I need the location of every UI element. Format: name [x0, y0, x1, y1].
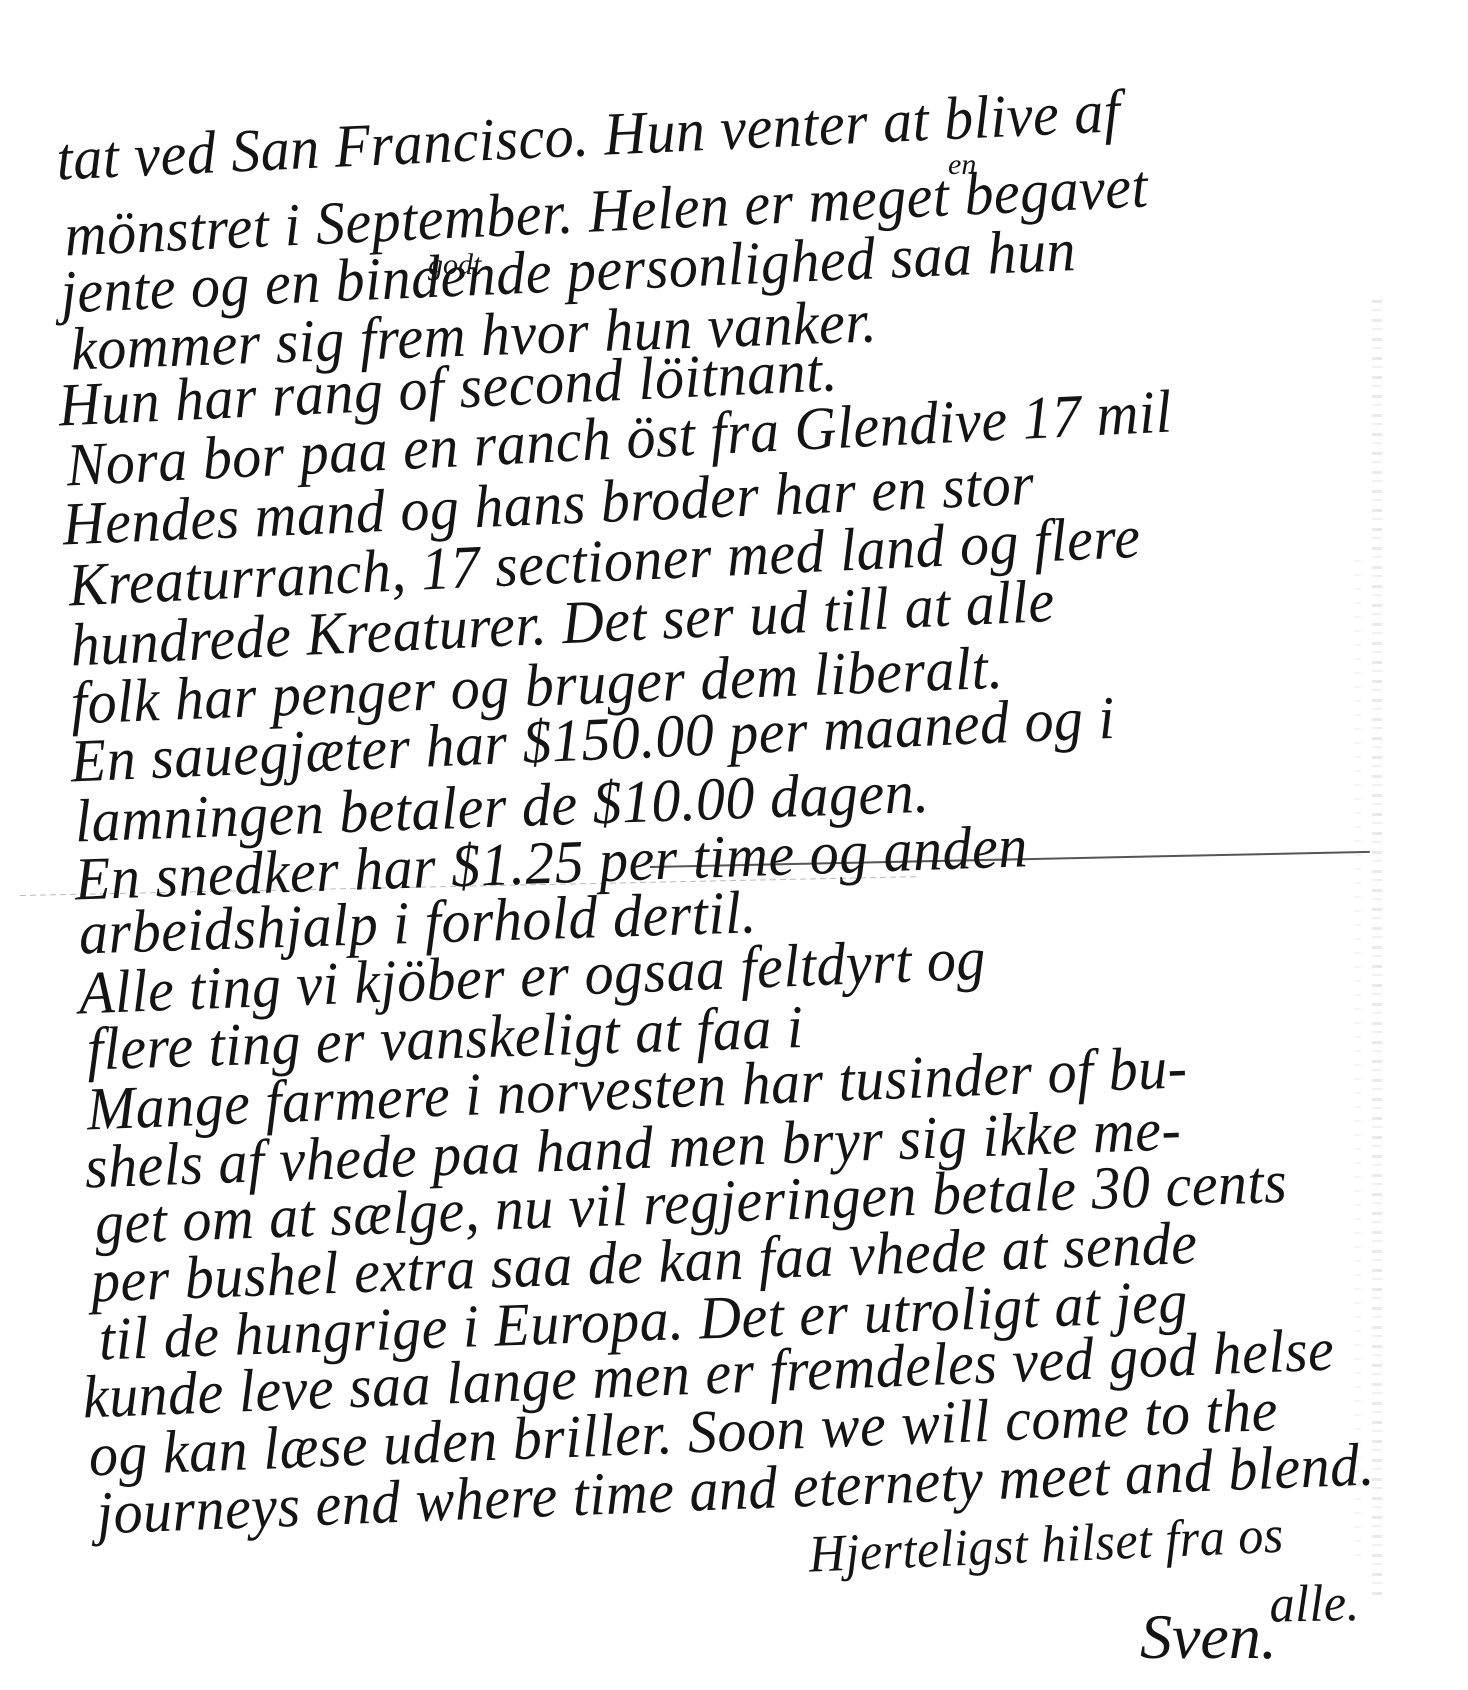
closing-line: alle. [1269, 1576, 1360, 1630]
letter-page: tat ved San Francisco. Hun venter at bli… [0, 0, 1468, 1690]
scan-edge-speckle [1355, 560, 1361, 1560]
closing-line: Hjerteligst hilset fra os [808, 1508, 1285, 1580]
scan-edge-speckle [1372, 300, 1382, 1600]
signature: Sven. [1140, 1600, 1277, 1674]
letter-insert: godt [428, 248, 481, 282]
